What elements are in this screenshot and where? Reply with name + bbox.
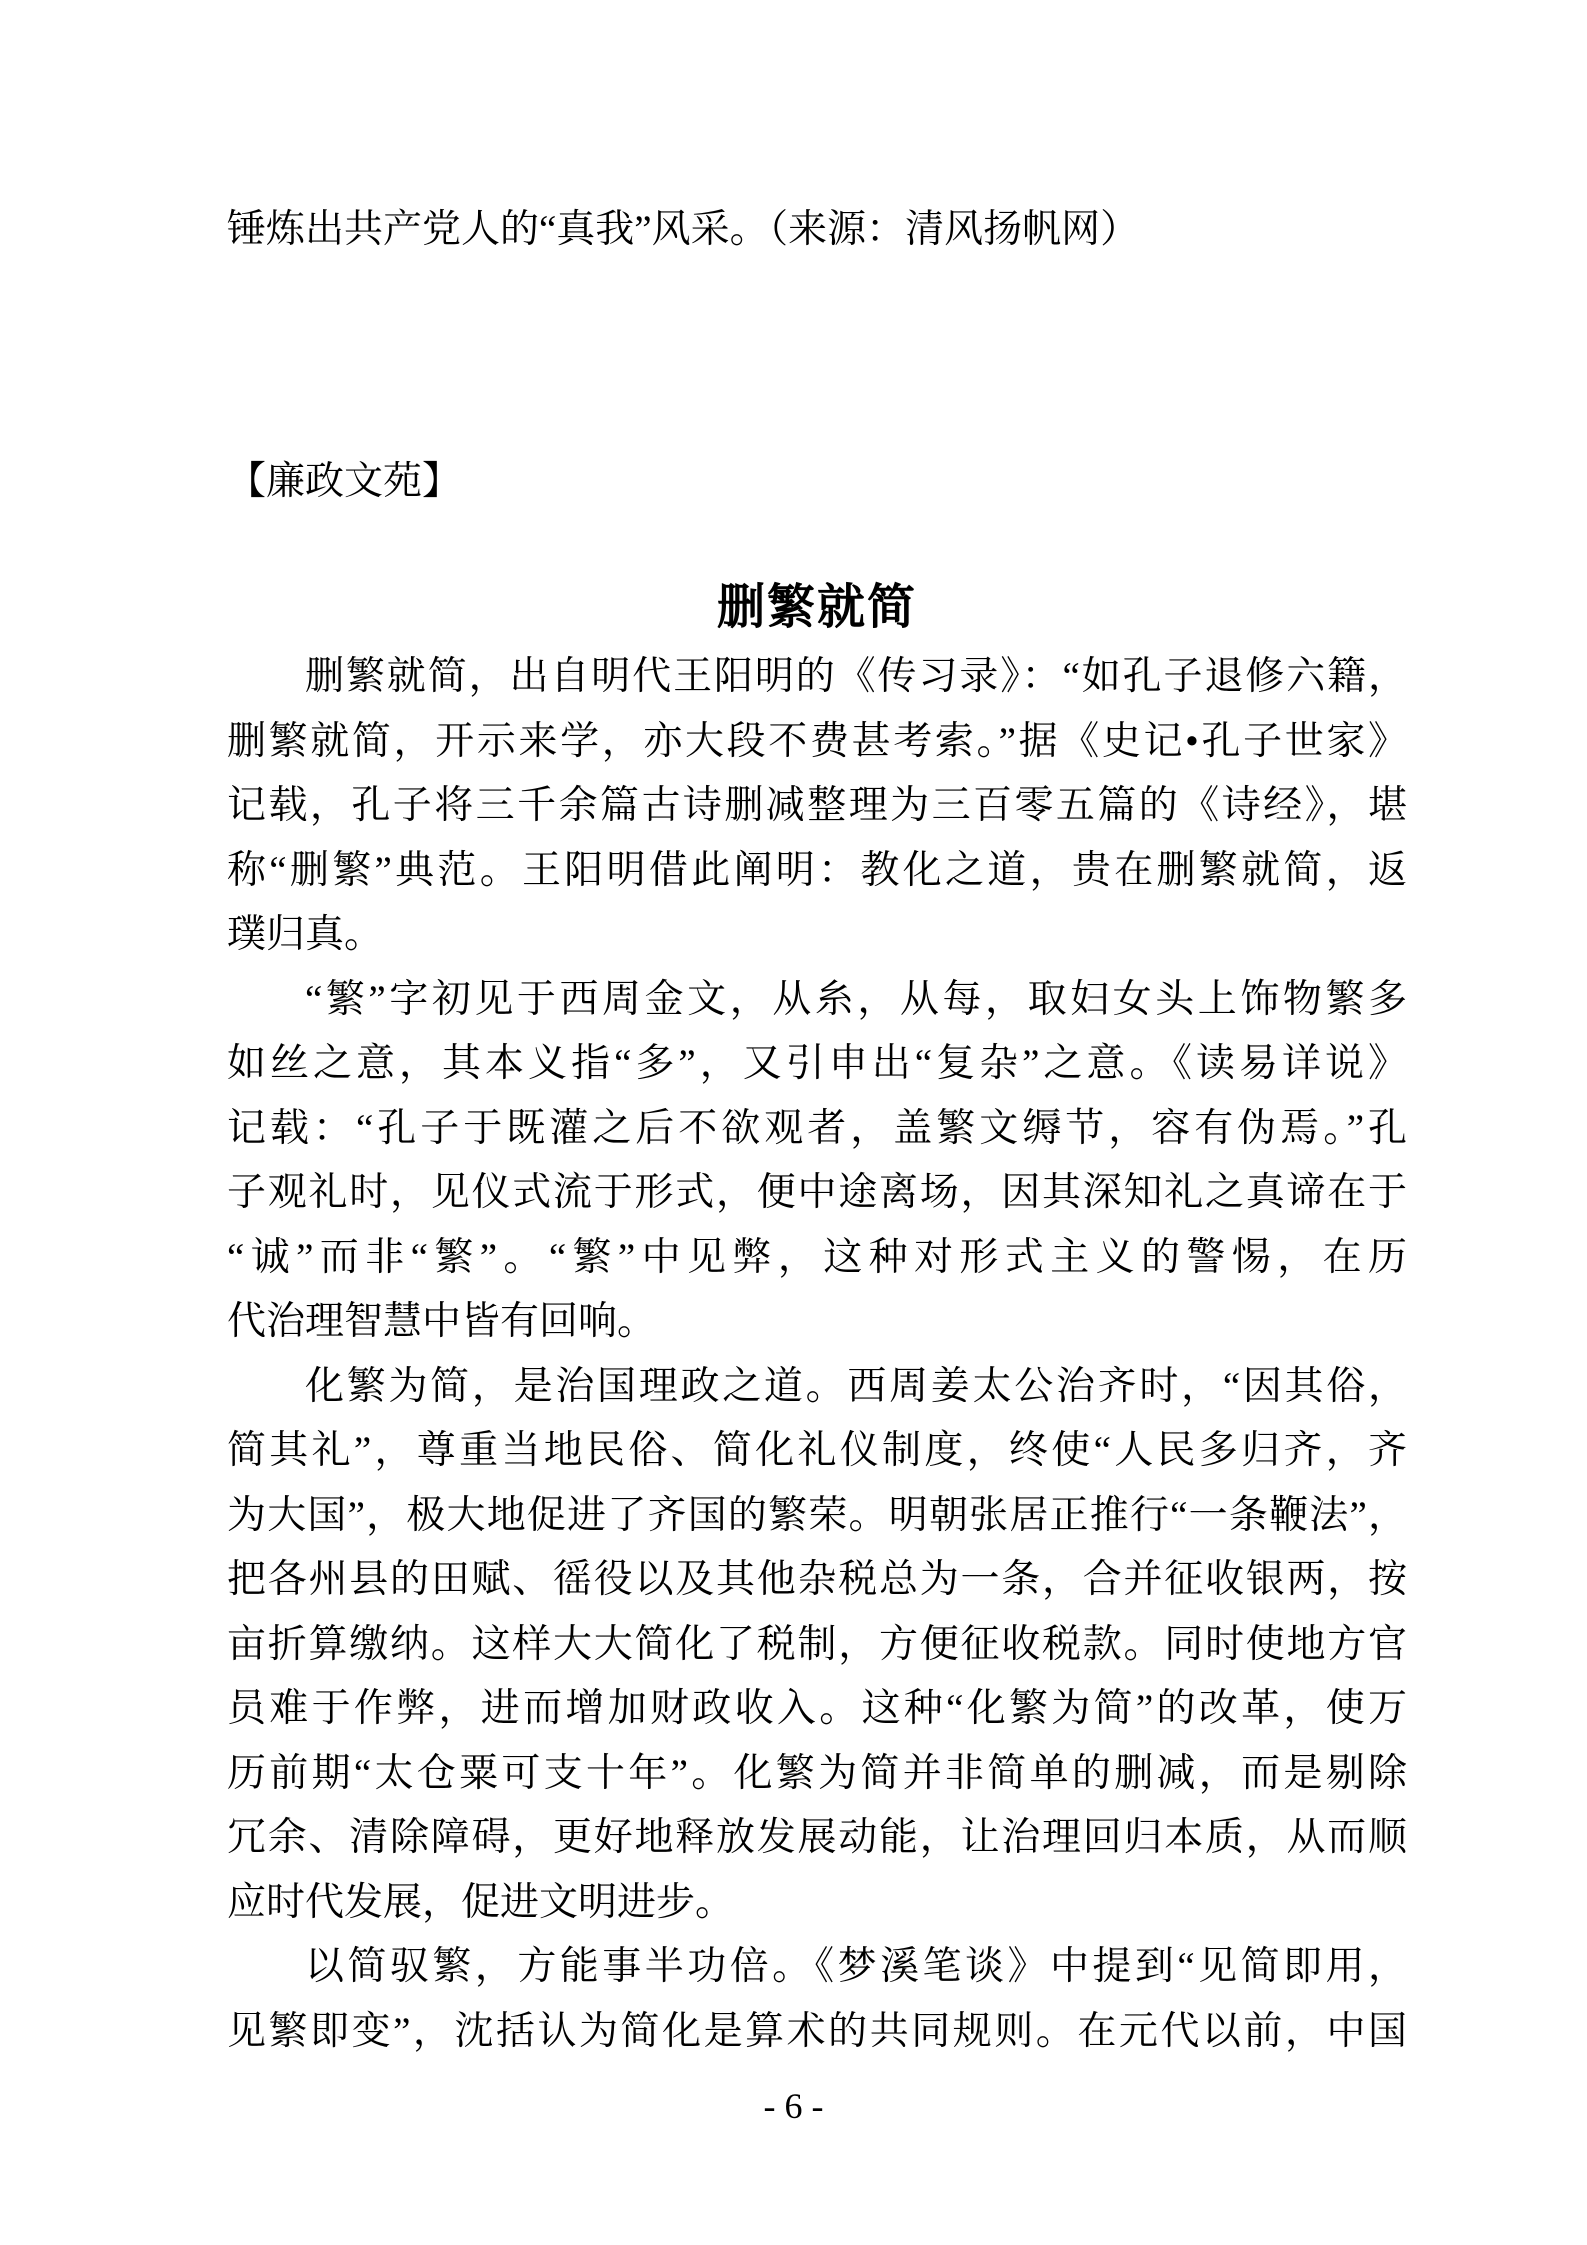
body-line: 化繁为简，是治国理政之道。西周姜太公治齐时，“因其俗， xyxy=(227,1355,1407,1420)
body-line: 记载，孔子将三千余篇古诗删减整理为三百零五篇的《诗经》，堪 xyxy=(227,774,1407,839)
body-line: 应时代发展，促进文明进步。 xyxy=(227,1871,1407,1936)
body-line: 以简驭繁，方能事半功倍。《梦溪笔谈》中提到“见简即用， xyxy=(227,1935,1407,2000)
section-header: 【廉政文苑】 xyxy=(227,450,1407,515)
body-line: 代治理智慧中皆有回响。 xyxy=(227,1290,1407,1355)
document-content: 锤炼出共产党人的“真我”风采。（来源：清风扬帆网） 【廉政文苑】 删繁就简 删繁… xyxy=(227,0,1407,2245)
body-line: 记载：“孔子于既灌之后不欲观者，盖繁文缛节，容有伪焉。”孔 xyxy=(227,1097,1407,1162)
body-line: 删繁就简，出自明代王阳明的《传习录》：“如孔子退修六籍， xyxy=(227,645,1407,710)
article-title: 删繁就简 xyxy=(227,570,1407,646)
body-line: 子观礼时，见仪式流于形式，便中途离场，因其深知礼之真谛在于 xyxy=(227,1161,1407,1226)
body-line: 把各州县的田赋、徭役以及其他杂税总为一条，合并征收银两，按 xyxy=(227,1548,1407,1613)
body-line: 亩折算缴纳。这样大大简化了税制，方便征收税款。同时使地方官 xyxy=(227,1613,1407,1678)
body-line: “繁”字初见于西周金文，从糸，从每，取妇女头上饰物繁多 xyxy=(227,968,1407,1033)
body-line: 见繁即变”，沈括认为简化是算术的共同规则。在元代以前，中国 xyxy=(227,2000,1407,2065)
body-line: 删繁就简，开示来学，亦大段不费甚考索。”据《史记•孔子世家》 xyxy=(227,710,1407,775)
continuation-paragraph: 锤炼出共产党人的“真我”风采。（来源：清风扬帆网） xyxy=(227,198,1407,263)
body-line: 员难于作弊，进而增加财政收入。这种“化繁为简”的改革，使万 xyxy=(227,1677,1407,1742)
body-line: 为大国”，极大地促进了齐国的繁荣。明朝张居正推行“一条鞭法”， xyxy=(227,1484,1407,1549)
body-line: “诚”而非“繁”。“繁”中见弊，这种对形式主义的警惕，在历 xyxy=(227,1226,1407,1291)
body-line: 称“删繁”典范。王阳明借此阐明：教化之道，贵在删繁就简，返 xyxy=(227,839,1407,904)
body-line: 冗余、清除障碍，更好地释放发展动能，让治理回归本质，从而顺 xyxy=(227,1806,1407,1871)
page-number: - 6 - xyxy=(0,2086,1587,2126)
body-line: 璞归真。 xyxy=(227,903,1407,968)
body-line: 简其礼”，尊重当地民俗、简化礼仪制度，终使“人民多归齐，齐 xyxy=(227,1419,1407,1484)
document-page: 锤炼出共产党人的“真我”风采。（来源：清风扬帆网） 【廉政文苑】 删繁就简 删繁… xyxy=(0,0,1587,2245)
article-body: 删繁就简，出自明代王阳明的《传习录》：“如孔子退修六籍， 删繁就简，开示来学，亦… xyxy=(227,645,1407,2064)
body-line: 历前期“太仓粟可支十年”。化繁为简并非简单的删减，而是剔除 xyxy=(227,1742,1407,1807)
body-line: 如丝之意，其本义指“多”，又引申出“复杂”之意。《读易详说》 xyxy=(227,1032,1407,1097)
